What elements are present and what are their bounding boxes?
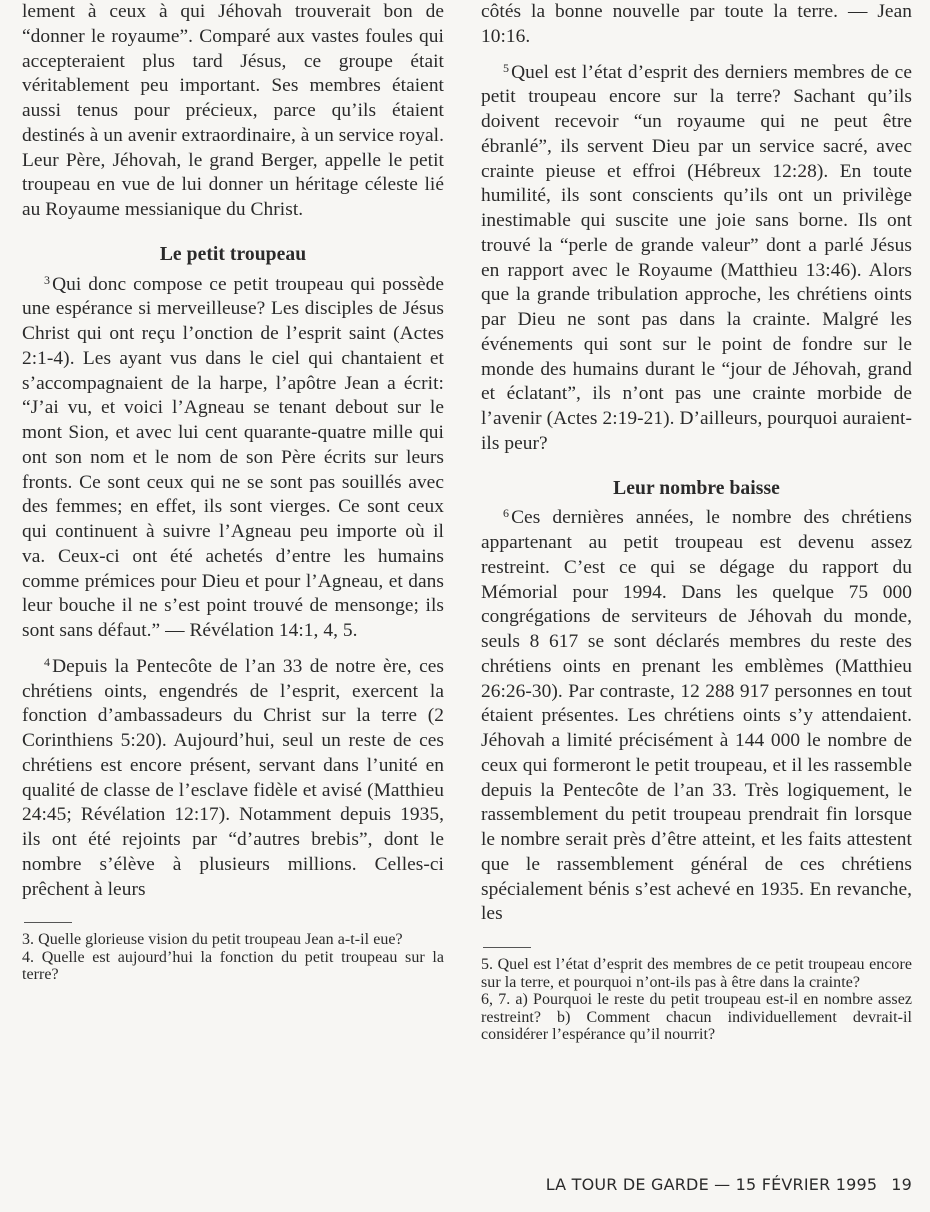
study-question: 5. Quel est l’état d’esprit des membres …	[481, 956, 912, 991]
paragraph-text: Depuis la Pentecôte de l’an 33 de notre …	[22, 656, 444, 900]
left-column: lement à ceux à qui Jéhovah trouverait b…	[22, 0, 444, 984]
paragraph-6: 6Ces dernières années, le nombre des chr…	[481, 501, 912, 927]
paragraph-text: Ces dernières années, le nombre des chré…	[481, 507, 912, 924]
continued-paragraph: lement à ceux à qui Jéhovah trouverait b…	[22, 0, 444, 223]
paragraph-number: 4	[44, 655, 50, 669]
section-heading: Le petit troupeau	[22, 243, 444, 268]
paragraph-3: 3Qui donc compose ce petit troupeau qui …	[22, 268, 444, 644]
paragraph-number: 3	[44, 273, 50, 287]
publication-title: LA TOUR DE GARDE — 15 FÉVRIER 1995	[546, 1175, 878, 1194]
footnote-divider	[483, 947, 531, 948]
paragraph-number: 5	[503, 61, 509, 75]
footnote-divider	[24, 922, 72, 923]
study-question: 4. Quelle est aujourd’hui la fonction du…	[22, 949, 444, 984]
paragraph-text: Qui donc compose ce petit troupeau qui p…	[22, 274, 444, 642]
paragraph-number: 6	[503, 506, 509, 520]
paragraph-5: 5Quel est l’état d’esprit des derniers m…	[481, 56, 912, 457]
page-number: 19	[891, 1175, 912, 1194]
right-column: côtés la bonne nouvelle par toute la ter…	[481, 0, 912, 1044]
page-footer: LA TOUR DE GARDE — 15 FÉVRIER 199519	[546, 1175, 912, 1194]
paragraph-text: Quel est l’état d’esprit des derniers me…	[481, 62, 912, 454]
section-heading: Leur nombre baisse	[481, 477, 912, 502]
paragraph-4: 4Depuis la Pentecôte de l’an 33 de notre…	[22, 650, 444, 903]
continued-paragraph: côtés la bonne nouvelle par toute la ter…	[481, 0, 912, 50]
study-question: 3. Quelle glorieuse vision du petit trou…	[22, 931, 444, 949]
study-question: 6, 7. a) Pourquoi le reste du petit trou…	[481, 991, 912, 1044]
